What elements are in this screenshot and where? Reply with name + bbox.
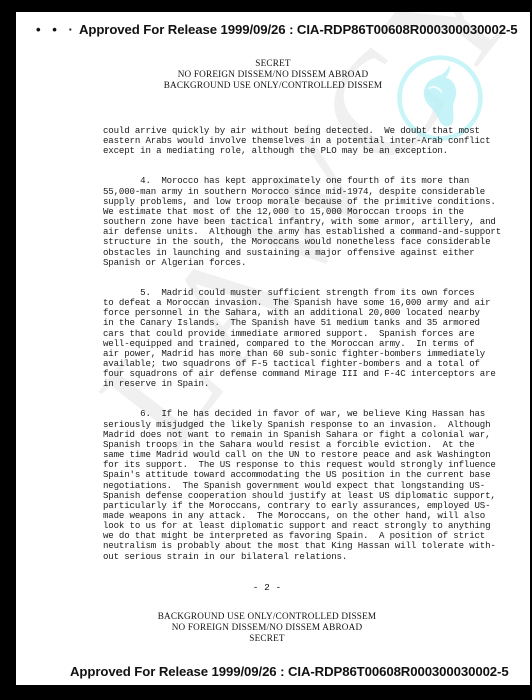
usage-control: BACKGROUND USE ONLY/CONTROLLED DISSEM xyxy=(16,80,530,91)
text-line: out serious strain in our bilateral rela… xyxy=(103,552,523,562)
paragraph: 4. Morocco has kept approximately one fo… xyxy=(103,176,523,267)
text-line: in reserve in Spain. xyxy=(103,379,523,389)
text-line: except in a mediating role, although the… xyxy=(103,146,523,156)
release-footer: Approved For Release 1999/09/26 : CIA-RD… xyxy=(70,664,509,679)
paragraph: could arrive quickly by air without bein… xyxy=(103,126,523,156)
classification-level: SECRET xyxy=(16,633,524,644)
dissemination-control: NO FOREIGN DISSEM/NO DISSEM ABROAD xyxy=(16,622,524,633)
paragraph: 5. Madrid could muster sufficient streng… xyxy=(103,288,523,390)
paragraph: 6. If he has decided in favor of war, we… xyxy=(103,409,523,561)
classification-footer: BACKGROUND USE ONLY/CONTROLLED DISSEM NO… xyxy=(16,611,524,644)
classification-level: SECRET xyxy=(16,58,530,69)
release-header: • • ·Approved For Release 1999/09/26 : C… xyxy=(36,22,518,37)
text-line: Spanish or Algerian forces. xyxy=(103,258,523,268)
text-line: in the Canary Islands. The Spanish have … xyxy=(103,318,523,328)
classification-header: SECRET NO FOREIGN DISSEM/NO DISSEM ABROA… xyxy=(16,58,530,91)
document-body: could arrive quickly by air without bein… xyxy=(103,126,523,582)
text-line: Spain's attitude toward accommodating th… xyxy=(103,470,523,480)
dissemination-control: NO FOREIGN DISSEM/NO DISSEM ABROAD xyxy=(16,69,530,80)
document-page: LAWCY • • ·Approved For Release 1999/09/… xyxy=(16,12,530,685)
scan-marks: • • · xyxy=(36,22,77,37)
page-number: - 2 - xyxy=(16,582,524,593)
release-text: Approved For Release 1999/09/26 : CIA-RD… xyxy=(79,22,518,37)
usage-control: BACKGROUND USE ONLY/CONTROLLED DISSEM xyxy=(16,611,524,622)
